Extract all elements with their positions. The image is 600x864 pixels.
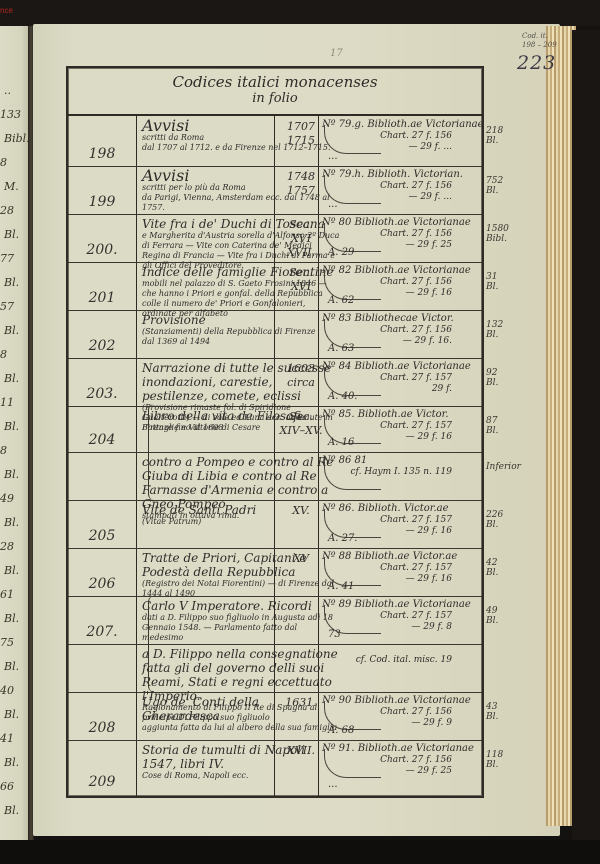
table-row: contro a Pompeo e contro al Re Giuba di … bbox=[68, 452, 482, 501]
codex-number: 201 bbox=[68, 290, 136, 306]
codex-date-cell: Sec.XVI bbox=[278, 266, 324, 294]
table-header: Codices italici monacenses in folio bbox=[68, 68, 482, 116]
margin-count: 118 bbox=[486, 750, 503, 760]
ref-library: Biblioth. Victorian. bbox=[367, 169, 463, 180]
margin-folio-count: Inferior bbox=[486, 462, 521, 472]
margin-count: Inferior bbox=[486, 462, 521, 472]
left-page-note: 8 bbox=[0, 350, 30, 360]
margin-count: 87 bbox=[486, 416, 498, 426]
margin-unit: Bl. bbox=[486, 330, 503, 340]
left-page-note: Bl. bbox=[4, 662, 30, 672]
date-to: XVII. bbox=[278, 246, 324, 260]
date-to: XVI bbox=[278, 280, 324, 294]
ref-note: cf. Cod. ital. misc. 19 bbox=[322, 655, 480, 666]
ref-shelfmark: A. 62 bbox=[328, 295, 354, 306]
codex-number: 202 bbox=[68, 338, 136, 354]
codex-title: Provisione bbox=[142, 313, 340, 327]
left-page-edge: ..133Bibl.8M.28Bl.77Bl.57Bl.8Bl.11Bl.8Bl… bbox=[0, 26, 30, 842]
table-row: 209Storia de tumulti di Napoli 1547, lib… bbox=[68, 740, 482, 794]
codex-number: 199 bbox=[68, 194, 136, 210]
date-from: Sec. bbox=[278, 410, 324, 424]
codex-title: Carlo V Imperatore. Ricordi bbox=[142, 599, 340, 613]
left-page-note: 28 bbox=[0, 542, 30, 552]
table-title: Codices italici monacenses bbox=[68, 74, 482, 91]
margin-count: 31 bbox=[486, 272, 498, 282]
left-page-note: Bl. bbox=[4, 326, 30, 336]
viewer-tag: nce bbox=[0, 6, 13, 15]
margin-folio-count: 92Bl. bbox=[486, 368, 498, 388]
table-row: 206Tratte de Priori, Capitani e Podestà … bbox=[68, 548, 482, 597]
margin-unit: Bl. bbox=[486, 378, 498, 388]
left-page-note: 8 bbox=[0, 158, 30, 168]
codex-description: Cose di Roma, Napoli ecc. bbox=[142, 771, 340, 781]
date-from: 1748 bbox=[278, 170, 324, 184]
left-page-note: .. bbox=[4, 86, 30, 96]
ref-shelfmark: A. 41 bbox=[328, 581, 354, 592]
codex-reference-cell: Nº 91. Biblioth.ae VictorianaeChart. 27 … bbox=[322, 743, 480, 793]
top-bar: nce bbox=[0, 0, 600, 26]
shelf-note-line1: Cod. it. bbox=[522, 32, 557, 41]
bracket-curve bbox=[324, 461, 381, 490]
margin-unit: Bl. bbox=[486, 426, 498, 436]
ref-shelfmark: A. 16 bbox=[328, 437, 354, 448]
margin-unit: Bl. bbox=[486, 520, 503, 530]
date-from: Sec. XVI bbox=[278, 218, 324, 246]
margin-unit: Bl. bbox=[486, 136, 503, 146]
ref-library: Biblioth.ae Victorianae bbox=[367, 119, 483, 130]
left-page-note: Bl. bbox=[4, 614, 30, 624]
left-page-note: Bibl. bbox=[4, 134, 30, 144]
margin-unit: Bl. bbox=[486, 616, 498, 626]
ref-shelfmark: ... bbox=[328, 779, 338, 790]
codex-reference-cell: Nº 85. Biblioth.ae Victor.Chart. 27 f. 1… bbox=[322, 409, 480, 451]
codex-date-cell: 1631. bbox=[278, 696, 324, 710]
date-from: Sec. bbox=[278, 266, 324, 280]
codex-reference-cell: cf. Cod. ital. misc. 19 bbox=[322, 647, 480, 691]
bottom-bar bbox=[0, 840, 600, 864]
margin-folio-count: 226Bl. bbox=[486, 510, 503, 530]
date-from: XV. bbox=[278, 504, 324, 518]
folio-number: 223 bbox=[517, 52, 556, 74]
date-from: 1631. bbox=[278, 696, 324, 710]
date-from: XV bbox=[278, 552, 324, 566]
codex-title-rest: (Stanziamenti) della Repubblica di Firen… bbox=[142, 327, 340, 337]
margin-count: 218 bbox=[486, 126, 503, 136]
left-page-note: 66 bbox=[0, 782, 30, 792]
table-row: 207.Carlo V Imperatore. Ricordidati a D.… bbox=[68, 596, 482, 645]
margin-unit: Bl. bbox=[486, 712, 498, 722]
left-page-note: 49 bbox=[0, 494, 30, 504]
left-page-note: 41 bbox=[0, 734, 30, 744]
codex-number: 198 bbox=[68, 146, 136, 162]
brace-mark bbox=[148, 596, 155, 692]
codex-date-cell: XVII. bbox=[278, 744, 324, 758]
codex-date-cell: 17071715 bbox=[278, 120, 324, 148]
table-row: 208Ugo de' Conti della Gherardescaaggiun… bbox=[68, 692, 482, 741]
margin-count: 132 bbox=[486, 320, 503, 330]
table-row: a D. Filippo nella consegnatione fatta g… bbox=[68, 644, 482, 693]
codex-description: dal 1369 al 1494 bbox=[142, 337, 340, 347]
margin-folio-count: 752Bl. bbox=[486, 176, 503, 196]
codex-reference-cell: Nº 89 Biblioth.ae VictorianaeChart. 27 f… bbox=[322, 599, 480, 643]
codex-number: 208 bbox=[68, 720, 136, 736]
margin-folio-count: 87Bl. bbox=[486, 416, 498, 436]
margin-folio-count: 31Bl. bbox=[486, 272, 498, 292]
codex-reference-cell: Nº 80 Biblioth.ae VictorianaeChart. 27 f… bbox=[322, 217, 480, 261]
left-page-note: 133 bbox=[0, 110, 30, 120]
codex-date-cell: 17481757 bbox=[278, 170, 324, 198]
pencil-mark: 17 bbox=[330, 48, 343, 59]
codex-reference-cell: Nº 88 Biblioth.ae Victor.aeChart. 27 f. … bbox=[322, 551, 480, 595]
shelf-note: Cod. it. 198 – 209 bbox=[522, 32, 557, 50]
margin-unit: Bibl. bbox=[486, 234, 509, 244]
left-page-note: 75 bbox=[0, 638, 30, 648]
ref-shelfmark: 73 bbox=[328, 629, 341, 640]
date-to: 1715 bbox=[278, 134, 324, 148]
left-page-note: Bl. bbox=[4, 566, 30, 576]
left-page-note: Bl. bbox=[4, 230, 30, 240]
left-page-note: 57 bbox=[0, 302, 30, 312]
codex-number: 204 bbox=[68, 432, 136, 448]
margin-count: 1580 bbox=[486, 224, 509, 234]
codex-date-cell: Sec. XVIXVII. bbox=[278, 218, 324, 260]
left-page-note: Bl. bbox=[4, 758, 30, 768]
book-cover bbox=[572, 30, 600, 840]
left-page-note: Bl. bbox=[4, 470, 30, 480]
margin-folio-count: 49Bl. bbox=[486, 606, 498, 626]
table-subtitle: in folio bbox=[68, 91, 482, 106]
left-page-note: M. bbox=[4, 182, 30, 192]
margin-count: 752 bbox=[486, 176, 503, 186]
bracket-curve bbox=[324, 125, 381, 154]
margin-folio-count: 132Bl. bbox=[486, 320, 503, 340]
codex-reference-cell: Nº 82 Biblioth.ae VictorianaeChart. 27 f… bbox=[322, 265, 480, 309]
codex-reference-cell: Nº 86. Biblioth. Victor.aeChart. 27 f. 1… bbox=[322, 503, 480, 547]
ref-shelfmark: ... bbox=[328, 199, 338, 210]
table-row: 200.Vite fra i de' Duchi di Toscanae Mar… bbox=[68, 214, 482, 263]
date-to: XIV–XV. bbox=[278, 424, 324, 438]
codex-title-cell: Carlo V Imperatore. Ricordidati a D. Fil… bbox=[142, 599, 340, 643]
left-page-note: Bl. bbox=[4, 278, 30, 288]
table-row: 202Provisione(Stanziamenti) della Repubb… bbox=[68, 310, 482, 359]
margin-count: 92 bbox=[486, 368, 498, 378]
left-page-note: 40 bbox=[0, 686, 30, 696]
codex-date-cell: XV bbox=[278, 552, 324, 566]
margin-count: 43 bbox=[486, 702, 498, 712]
codex-date-cell: XV. bbox=[278, 504, 324, 518]
codex-reference-cell: Nº 83 Bibliothecae Victor.Chart. 27 f. 1… bbox=[322, 313, 480, 357]
table-row: 198Avvisiscritti da Romadal 1707 al 1712… bbox=[68, 116, 482, 167]
codex-number: 205 bbox=[68, 528, 136, 544]
date-to: 1757 bbox=[278, 184, 324, 198]
codex-date-cell: 1603circa bbox=[278, 362, 324, 390]
table-row: 205Vite de Santi Padri(Vitae Patrum)XV.N… bbox=[68, 500, 482, 549]
table-row: 204Libro della vita de Filosofi.Battagli… bbox=[68, 406, 482, 453]
date-from: XVII. bbox=[278, 744, 324, 758]
margin-folio-count: 1580Bibl. bbox=[486, 224, 509, 244]
codex-description: dati a D. Filippo suo figliuolo in Augus… bbox=[142, 613, 340, 643]
ref-shelfmark: A. 40. bbox=[328, 391, 357, 402]
margin-unit: Bl. bbox=[486, 568, 498, 578]
codex-number: 207. bbox=[68, 624, 136, 640]
codex-reference-cell: Nº 79.h. Biblioth. Victorian.Chart. 27 f… bbox=[322, 169, 480, 213]
ref-shelfmark: A. 68 bbox=[328, 725, 354, 736]
ref-shelfmark: A. 29 bbox=[328, 247, 354, 258]
margin-count: 42 bbox=[486, 558, 498, 568]
left-page-note: Bl. bbox=[4, 710, 30, 720]
codex-number: 203. bbox=[68, 386, 136, 402]
date-from: 1707 bbox=[278, 120, 324, 134]
margin-unit: Bl. bbox=[486, 760, 503, 770]
left-page-note: 28 bbox=[0, 206, 30, 216]
table-row: 203.Narrazione di tutte le successe inon… bbox=[68, 358, 482, 407]
left-page-note: 77 bbox=[0, 254, 30, 264]
date-to: circa bbox=[278, 376, 324, 390]
codex-date-cell: Sec.XIV–XV. bbox=[278, 410, 324, 438]
bracket-curve bbox=[324, 749, 381, 778]
shelf-note-line2: 198 – 209 bbox=[522, 41, 557, 50]
codex-number: 200. bbox=[68, 242, 136, 258]
table-row: 199Avvisiscritti per lo più da Romada Pa… bbox=[68, 166, 482, 215]
ref-shelfmark: ... bbox=[328, 151, 338, 162]
codex-reference-cell: Nº 79.g. Biblioth.ae VictorianaeChart. 2… bbox=[322, 119, 480, 165]
left-page-note: Bl. bbox=[4, 374, 30, 384]
margin-unit: Bl. bbox=[486, 282, 498, 292]
codex-reference-cell: Nº 90 Biblioth.ae VictorianaeChart. 27 f… bbox=[322, 695, 480, 739]
date-from: 1603 bbox=[278, 362, 324, 376]
left-page-note: 8 bbox=[0, 446, 30, 456]
codex-reference-cell: Nº 84 Biblioth.ae VictorianaeChart. 27 f… bbox=[322, 361, 480, 405]
left-page-note: 11 bbox=[0, 398, 30, 408]
ref-shelfmark: A. 63 bbox=[328, 343, 354, 354]
margin-count: 49 bbox=[486, 606, 498, 616]
left-page-note: 61 bbox=[0, 590, 30, 600]
left-page-note: Bl. bbox=[4, 518, 30, 528]
brace-mark bbox=[148, 404, 155, 500]
ref-shelfmark: A. 27. bbox=[328, 533, 357, 544]
table-row: 201Indice delle famiglie Fiorentinemobil… bbox=[68, 262, 482, 311]
codex-title-cell: Provisione(Stanziamenti) della Repubblic… bbox=[142, 313, 340, 347]
margin-unit: Bl. bbox=[486, 186, 503, 196]
margin-count: 226 bbox=[486, 510, 503, 520]
left-page-note: Bl. bbox=[4, 806, 30, 816]
codex-number: 209 bbox=[68, 774, 136, 790]
margin-folio-count: 43Bl. bbox=[486, 702, 498, 722]
codex-number: 206 bbox=[68, 576, 136, 592]
codex-description: aggiunta fatta da lui al albero della su… bbox=[142, 723, 340, 733]
catalogue-table: Codices italici monacenses in folio 198A… bbox=[66, 66, 484, 798]
codex-description: (Vitae Patrum) bbox=[142, 517, 340, 527]
margin-folio-count: 42Bl. bbox=[486, 558, 498, 578]
margin-folio-count: 118Bl. bbox=[486, 750, 503, 770]
codex-reference-cell: Nº 86 81 cf. Haym I. 135 n. 119 bbox=[322, 455, 480, 499]
margin-folio-count: 218Bl. bbox=[486, 126, 503, 146]
left-page-note: Bl. bbox=[4, 422, 30, 432]
